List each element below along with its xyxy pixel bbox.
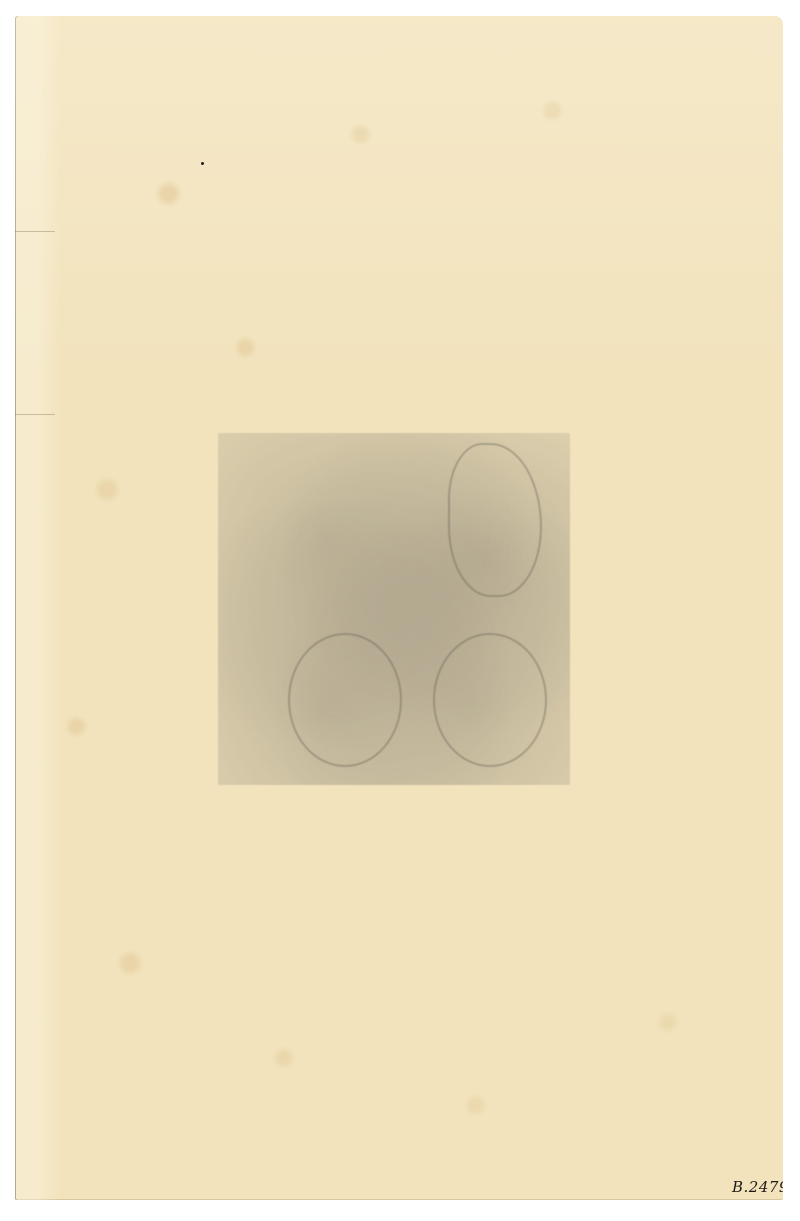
faded-print-image xyxy=(218,433,570,785)
fold-mark xyxy=(15,231,55,232)
faint-pencil-mark xyxy=(567,1176,677,1192)
print-motif xyxy=(448,443,542,597)
fold-mark xyxy=(15,414,55,415)
catalog-number: B.2479 xyxy=(732,1178,783,1196)
ink-speck xyxy=(201,162,204,165)
print-motif xyxy=(433,633,547,767)
paper-sheet: B.2479 xyxy=(15,16,783,1200)
print-motif xyxy=(288,633,402,767)
